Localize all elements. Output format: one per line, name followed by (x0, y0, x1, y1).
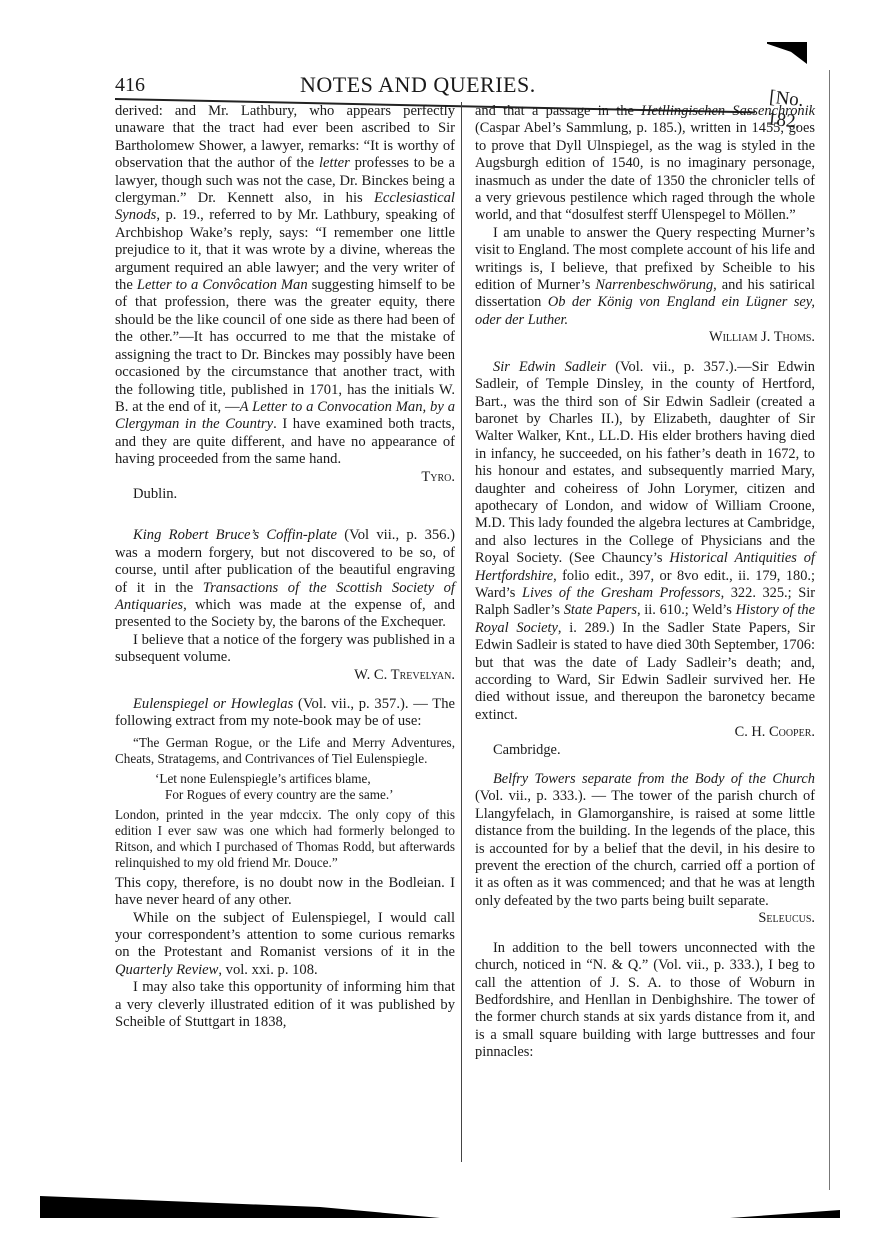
left-column: derived: and Mr. Lathbury, who appears p… (115, 103, 455, 1031)
paragraph-lathbury: derived: and Mr. Lathbury, who appears p… (115, 103, 455, 469)
block-quote: London, printed in the year mdccix. The … (115, 807, 455, 871)
article-title: Sir Edwin Sadleir (493, 359, 606, 375)
signature-cooper: C. H. Cooper. (475, 724, 815, 741)
page-number: 416 (115, 74, 145, 97)
article-title: Eulenspiegel or Howleglas (133, 696, 293, 712)
page-edge (829, 70, 830, 1190)
paragraph: This copy, therefore, is no doubt now in… (115, 875, 455, 910)
running-title: NOTES AND QUERIES. (300, 72, 536, 98)
right-column: and that a passage in the Hetllingischen… (475, 103, 815, 1062)
paragraph: I believe that a notice of the forgery w… (115, 632, 455, 667)
scan-shadow-bottom-right (730, 1210, 840, 1218)
signature-tyro: Tyro. (115, 469, 455, 486)
signature-thoms: William J. Thoms. (475, 329, 815, 346)
verse: ‘Let none Eulenspiegle’s artifices blame… (155, 771, 455, 803)
article-title: Belfry Towers separate from the Body of … (493, 771, 815, 787)
paragraph-continuation: and that a passage in the Hetllingischen… (475, 103, 815, 225)
scan-shadow-bottom (40, 1196, 840, 1218)
place-cambridge: Cambridge. (475, 742, 815, 759)
paragraph: While on the subject of Eulenspiegel, I … (115, 910, 455, 980)
article-title: King Robert Bruce’s Coffin-plate (133, 527, 337, 543)
article-belfry-towers: Belfry Towers separate from the Body of … (475, 771, 815, 910)
signature-trevelyan: W. C. Trevelyan. (115, 667, 455, 684)
column-divider (461, 102, 462, 1162)
paragraph-murner: I am unable to answer the Query respecti… (475, 225, 815, 329)
signature-seleucus: Seleucus. (475, 910, 815, 927)
block-quote: “The German Rogue, or the Life and Merry… (115, 735, 455, 767)
place-dublin: Dublin. (115, 486, 455, 503)
article-sadleir: Sir Edwin Sadleir (Vol. vii., p. 357.).—… (475, 359, 815, 725)
page-curl-shadow (767, 42, 807, 64)
paragraph: I may also take this opportunity of info… (115, 979, 455, 1031)
article-eulenspiegel: Eulenspiegel or Howleglas (Vol. vii., p.… (115, 696, 455, 731)
paragraph: In addition to the bell towers unconnect… (475, 940, 815, 1062)
article-bruce-coffin-plate: King Robert Bruce’s Coffin-plate (Vol vi… (115, 527, 455, 631)
